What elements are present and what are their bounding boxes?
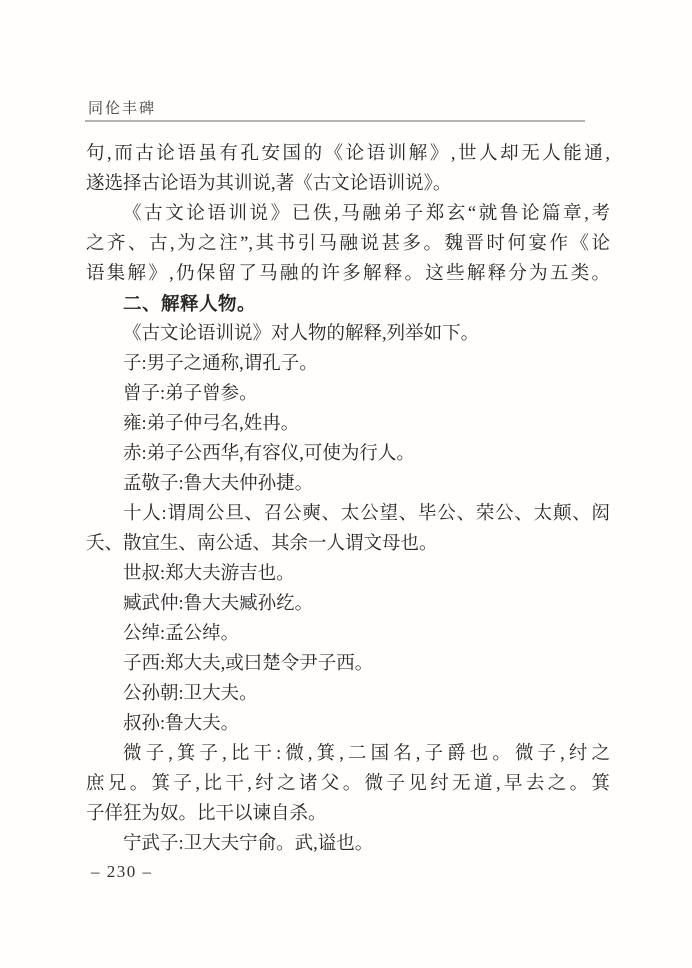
text-line: 雍:弟子仲弓名,姓冉。 <box>86 409 610 439</box>
text-line: 十人:谓周公旦、召公奭、太公望、毕公、荣公、太颠、闳 <box>86 499 610 529</box>
text-line: 赤:弟子公西华,有容仪,可使为行人。 <box>86 439 610 469</box>
text-line: 微子,箕子,比干:微,箕,二国名,子爵也。微子,纣之 <box>86 739 610 769</box>
header-divider <box>85 120 585 122</box>
body-text: 句,而古论语虽有孔安国的《论语训解》,世人却无人能通,遂选择古论语为其训说,著《… <box>86 139 610 859</box>
text-line: 语集解》,仍保留了马融的许多解释。这些解释分为五类。 <box>86 259 610 289</box>
text-line: 庶兄。箕子,比干,纣之诸父。微子见纣无道,早去之。箕 <box>86 769 610 799</box>
text-line: 夭、散宜生、南公适、其余一人谓文母也。 <box>86 529 610 559</box>
text-line: 叔孙:鲁大夫。 <box>86 709 610 739</box>
page-number: – 230 – <box>91 862 153 882</box>
text-line: 孟敬子:鲁大夫仲孙捷。 <box>86 469 610 499</box>
text-line: 曾子:弟子曾参。 <box>86 379 610 409</box>
text-line: 子西:郑大夫,或曰楚令尹子西。 <box>86 649 610 679</box>
book-page: 同伦丰碑 句,而古论语虽有孔安国的《论语训解》,世人却无人能通,遂选择古论语为其… <box>0 0 692 968</box>
text-line: 子:男子之通称,谓孔子。 <box>86 349 610 379</box>
book-title: 同伦丰碑 <box>88 101 156 117</box>
text-line: 子佯狂为奴。比干以谏自杀。 <box>86 799 610 829</box>
text-line: 宁武子:卫大夫宁俞。武,谥也。 <box>86 829 610 859</box>
text-line: 句,而古论语虽有孔安国的《论语训解》,世人却无人能通, <box>86 139 610 169</box>
running-header: 同伦丰碑 <box>88 97 156 118</box>
text-line: 遂选择古论语为其训说,著《古文论语训说》。 <box>86 169 610 199</box>
text-line: 之齐、古,为之注”,其书引马融说甚多。魏晋时何宴作《论 <box>86 229 610 259</box>
section-heading: 二、解释人物。 <box>86 289 610 319</box>
text-line: 公孙朝:卫大夫。 <box>86 679 610 709</box>
text-line: 《古文论语训说》对人物的解释,列举如下。 <box>86 319 610 349</box>
text-line: 世叔:郑大夫游吉也。 <box>86 559 610 589</box>
text-line: 公绰:孟公绰。 <box>86 619 610 649</box>
text-line: 《古文论语训说》已佚,马融弟子郑玄“就鲁论篇章,考 <box>86 199 610 229</box>
text-line: 臧武仲:鲁大夫臧孙纥。 <box>86 589 610 619</box>
